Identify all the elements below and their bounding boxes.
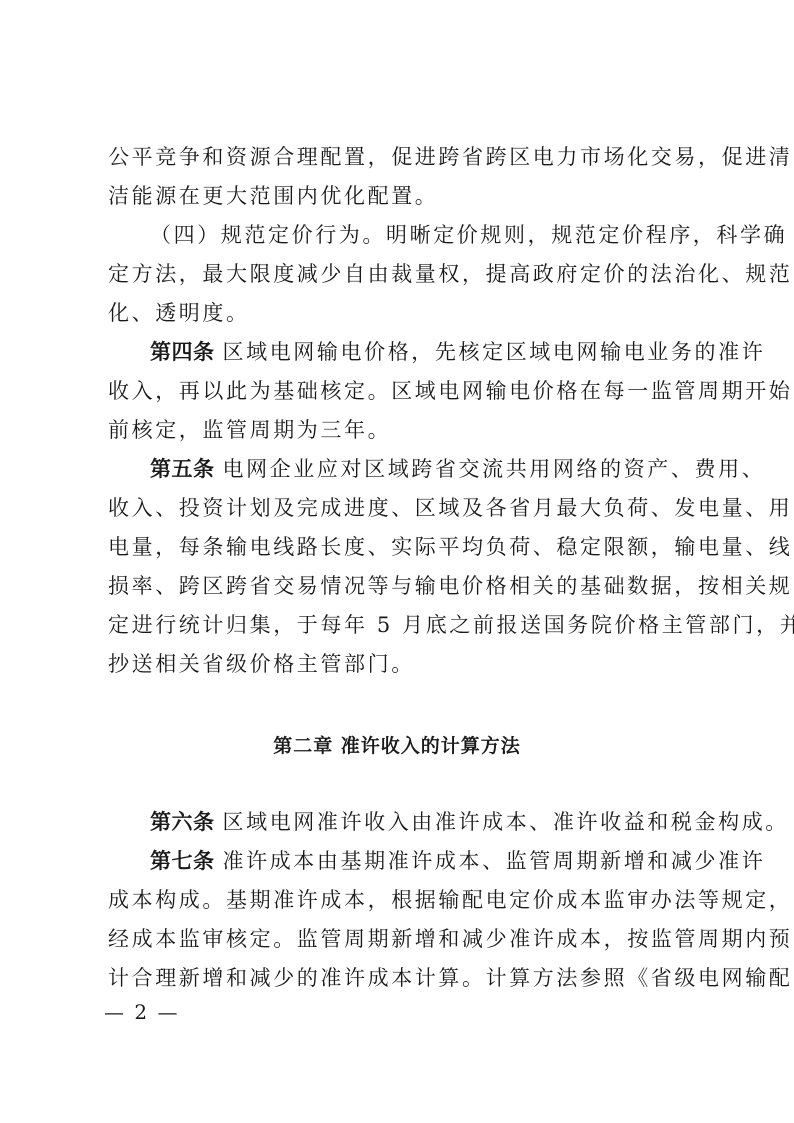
paragraph-line: 公平竞争和资源合理配置，促进跨省跨区电力市场化交易，促进清 xyxy=(108,138,690,177)
article-4-heading: 第四条 xyxy=(150,340,215,364)
paragraph-line: 抄送相关省级价格主管部门。 xyxy=(108,645,690,684)
paragraph-line: （四）规范定价行为。明晰定价规则，规范定价程序，科学确 xyxy=(108,216,690,255)
article-5-text: 电网企业应对区域跨省交流共用网络的资产、费用、 xyxy=(223,457,766,481)
paragraph-line: 定方法，最大限度减少自由裁量权，提高政府定价的法治化、规范 xyxy=(108,255,690,294)
paragraph-line: 电量，每条输电线路长度、实际平均负荷、稳定限额，输电量、线 xyxy=(108,528,690,567)
paragraph-line: 洁能源在更大范围内优化配置。 xyxy=(108,177,690,216)
paragraph-line: 计合理新增和减少的准许成本计算。计算方法参照《省级电网输配 xyxy=(108,959,690,998)
paragraph-line: 经成本监审核定。监管周期新增和减少准许成本，按监管周期内预 xyxy=(108,920,690,959)
document-body-bottom: 第六条区域电网准许收入由准许成本、准许收益和税金构成。 第七条准许成本由基期准许… xyxy=(108,803,690,998)
paragraph-line: 成本构成。基期准许成本，根据输配电定价成本监审办法等规定， xyxy=(108,881,690,920)
article-6-line: 第六条区域电网准许收入由准许成本、准许收益和税金构成。 xyxy=(108,803,690,842)
paragraph-line: 损率、跨区跨省交易情况等与输电价格相关的基础数据，按相关规 xyxy=(108,567,690,606)
paragraph-line: 收入、投资计划及完成进度、区域及各省月最大负荷、发电量、用 xyxy=(108,489,690,528)
document-body-top: 公平竞争和资源合理配置，促进跨省跨区电力市场化交易，促进清 洁能源在更大范围内优… xyxy=(108,138,690,684)
paragraph-line: 收入，再以此为基础核定。区域电网输电价格在每一监管周期开始 xyxy=(108,372,690,411)
article-7-first-line: 第七条准许成本由基期准许成本、监管周期新增和减少准许 xyxy=(108,842,690,881)
article-4-first-line: 第四条区域电网输电价格，先核定区域电网输电业务的准许 xyxy=(108,333,690,372)
paragraph-line: 化、透明度。 xyxy=(108,294,690,333)
paragraph-line: 前核定，监管周期为三年。 xyxy=(108,411,690,450)
page-number: — 2 — xyxy=(104,1000,179,1024)
article-7-heading: 第七条 xyxy=(150,849,215,873)
article-5-heading: 第五条 xyxy=(150,457,215,481)
article-6-heading: 第六条 xyxy=(150,810,215,834)
article-4-text: 区域电网输电价格，先核定区域电网输电业务的准许 xyxy=(223,340,766,364)
paragraph-line: 定进行统计归集，于每年 5 月底之前报送国务院价格主管部门，并 xyxy=(108,606,690,645)
article-6-text: 区域电网准许收入由准许成本、准许收益和税金构成。 xyxy=(223,810,789,834)
article-7-text: 准许成本由基期准许成本、监管周期新增和减少准许 xyxy=(223,849,766,873)
chapter-title: 第二章 准许收入的计算方法 xyxy=(0,731,794,758)
article-5-first-line: 第五条电网企业应对区域跨省交流共用网络的资产、费用、 xyxy=(108,450,690,489)
